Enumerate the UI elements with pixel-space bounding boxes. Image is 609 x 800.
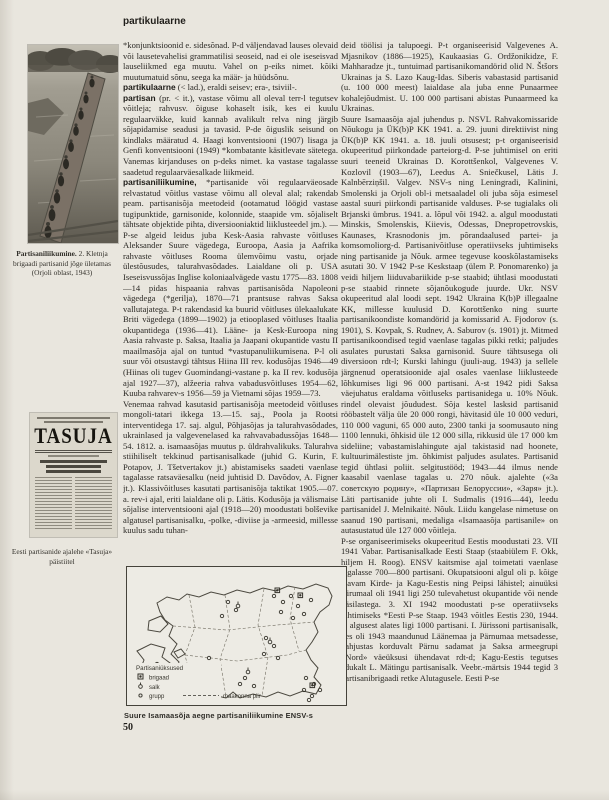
text-column-right: deid töölisi ja talupoegi. P-t organisee… (341, 40, 558, 716)
entry-partikulaarne: partikulaarne (< lad.), eraldi seisev; e… (123, 82, 338, 93)
legend-title: Partisaniüksused (136, 665, 184, 672)
estonia-map-art: Partisaniüksused brigaad salk grupp maak… (127, 567, 346, 705)
newspaper-headline-bar-2 (46, 465, 101, 468)
legend-county-border-label: maakonna piir (223, 694, 261, 700)
estonia-partisan-map: Partisaniüksused brigaad salk grupp maak… (126, 566, 347, 706)
legend-item-detachment: salk (149, 685, 161, 691)
tasuja-newspaper-image: TASUJA (30, 413, 117, 537)
entry-partisan: partisan (pr. < it.), vastase võimu all … (123, 93, 338, 177)
newspaper-masthead: TASUJA (30, 424, 117, 449)
masthead-rule (35, 450, 112, 451)
photo-caption-lead: Partisaniliikumine. (16, 249, 77, 258)
entry-continuation: *konjunktsioonid e. sidesõnad. P-d välje… (123, 40, 338, 82)
running-head: partikulaarne (123, 16, 186, 27)
muhu-island (174, 649, 185, 658)
masthead-rule-thin (35, 452, 112, 453)
newspaper-headline-bar-1 (40, 460, 107, 463)
paragraph-venemaa: Venemaa rahvad kasutasid partisanisõja m… (123, 399, 338, 536)
partisan-detachment-markers (236, 602, 272, 674)
headword-partisan: partisan (123, 93, 156, 103)
newspaper-topline-2 (44, 421, 103, 423)
legend-item-group: grupp (149, 694, 165, 700)
newspaper-body-col-1 (35, 477, 72, 529)
newspaper-body-col-2 (75, 477, 112, 529)
partisans-photo (28, 45, 118, 243)
text-column-left: *konjunktsioonid e. sidesõnad. P-d välje… (123, 40, 338, 564)
page-number: 50 (123, 722, 133, 733)
map-caption: Suure Isamaasõja aegne partisaniliikumin… (124, 711, 349, 721)
headword-partisaniliikumine: partisaniliikumine, (123, 177, 197, 187)
newspaper-dateline (48, 455, 99, 457)
newspaper-headline-bar-3 (46, 470, 101, 473)
paragraph-estonia: P-se organiseerimiseks okupeeritud Eesti… (341, 536, 558, 684)
paragraph-civil-war: deid töölisi ja talupoegi. P-t organisee… (341, 40, 558, 114)
photo-caption: Partisaniliikumine. 2. Kletnja brigaadi … (6, 249, 118, 278)
partisan-brigade-markers (275, 588, 315, 688)
newspaper-topline (37, 417, 110, 419)
tasuja-caption: Eesti partisanide ajalehe «Tasuja» päist… (8, 547, 116, 566)
hiiumaa-island (148, 616, 168, 632)
legend-item-brigade: brigaad (149, 676, 169, 682)
paragraph-great-patriotic-war: Suure Isamaasõja ajal juhendus p. NSVL R… (341, 114, 558, 536)
headword-partikulaarne: partikulaarne (123, 82, 176, 92)
newspaper-body-columns (35, 477, 112, 529)
entry-partisaniliikumine: partisaniliikumine, *partisanide või reg… (123, 177, 338, 398)
partisans-photo-art (28, 45, 118, 243)
